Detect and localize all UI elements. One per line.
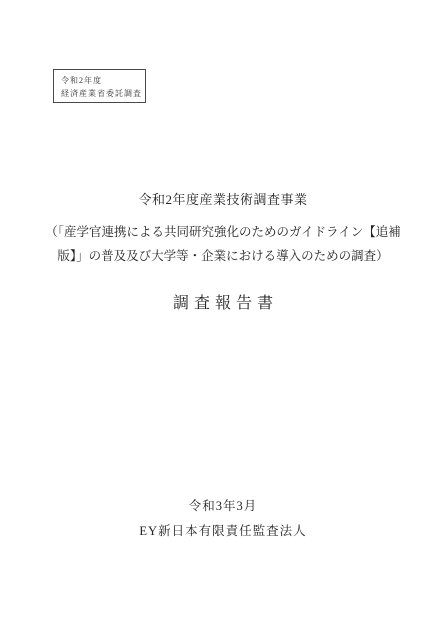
project-subtitle-line-2: 版】」の普及及び大学等・企業における導入のための調査） (0, 246, 446, 264)
project-title: 令和2年度産業技術調査事業 (0, 189, 446, 208)
commission-box-agency: 経済産業省委託調査 (61, 87, 145, 100)
commission-box-year: 令和2年度 (61, 74, 145, 87)
report-title: 調査報告書 (0, 290, 446, 313)
project-subtitle-line-1: （「産学官連携による共同研究強化のためのガイドライン【追補 (0, 222, 446, 240)
commission-box: 令和2年度 経済産業省委託調査 (53, 69, 146, 103)
report-cover-page: 令和2年度 経済産業省委託調査 令和2年度産業技術調査事業 （「産学官連携による… (0, 0, 446, 630)
organization-name: EY新日本有限責任監査法人 (0, 521, 446, 539)
publication-date: 令和3年3月 (0, 496, 446, 514)
